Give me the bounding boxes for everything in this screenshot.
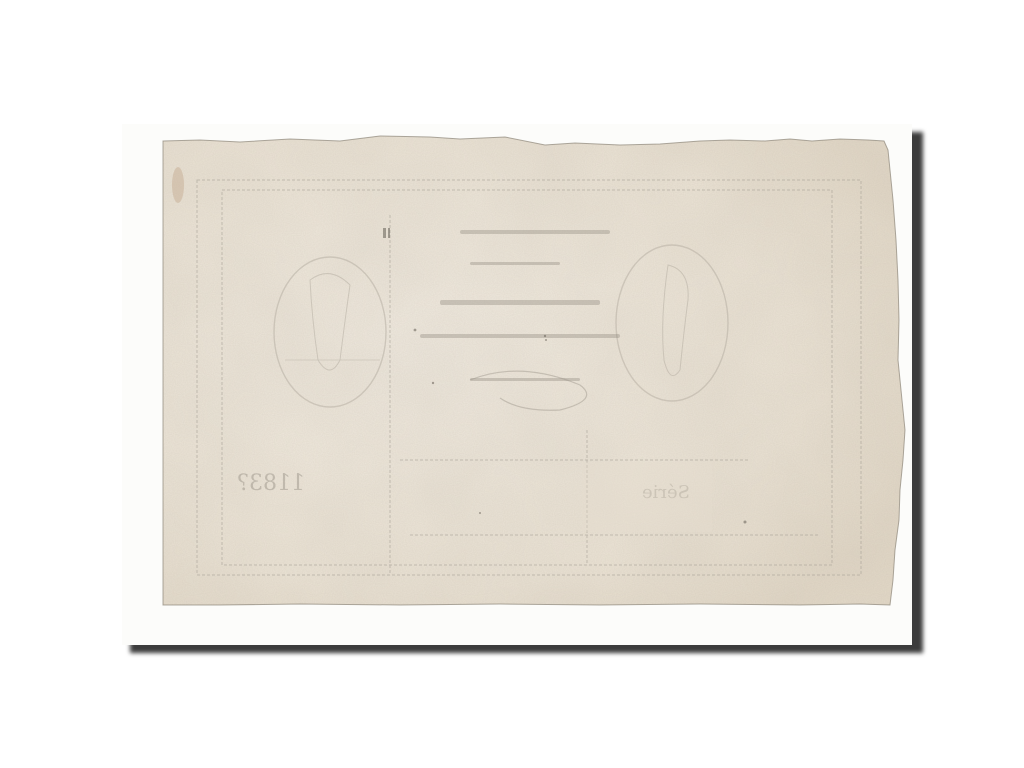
- photo-scene: 1183? Série: [0, 0, 1024, 768]
- serial-number-showthrough: 1183?: [237, 471, 305, 496]
- banknote: 1183? Série: [0, 0, 1024, 768]
- banknote-paper: 1183? Série: [0, 0, 1024, 768]
